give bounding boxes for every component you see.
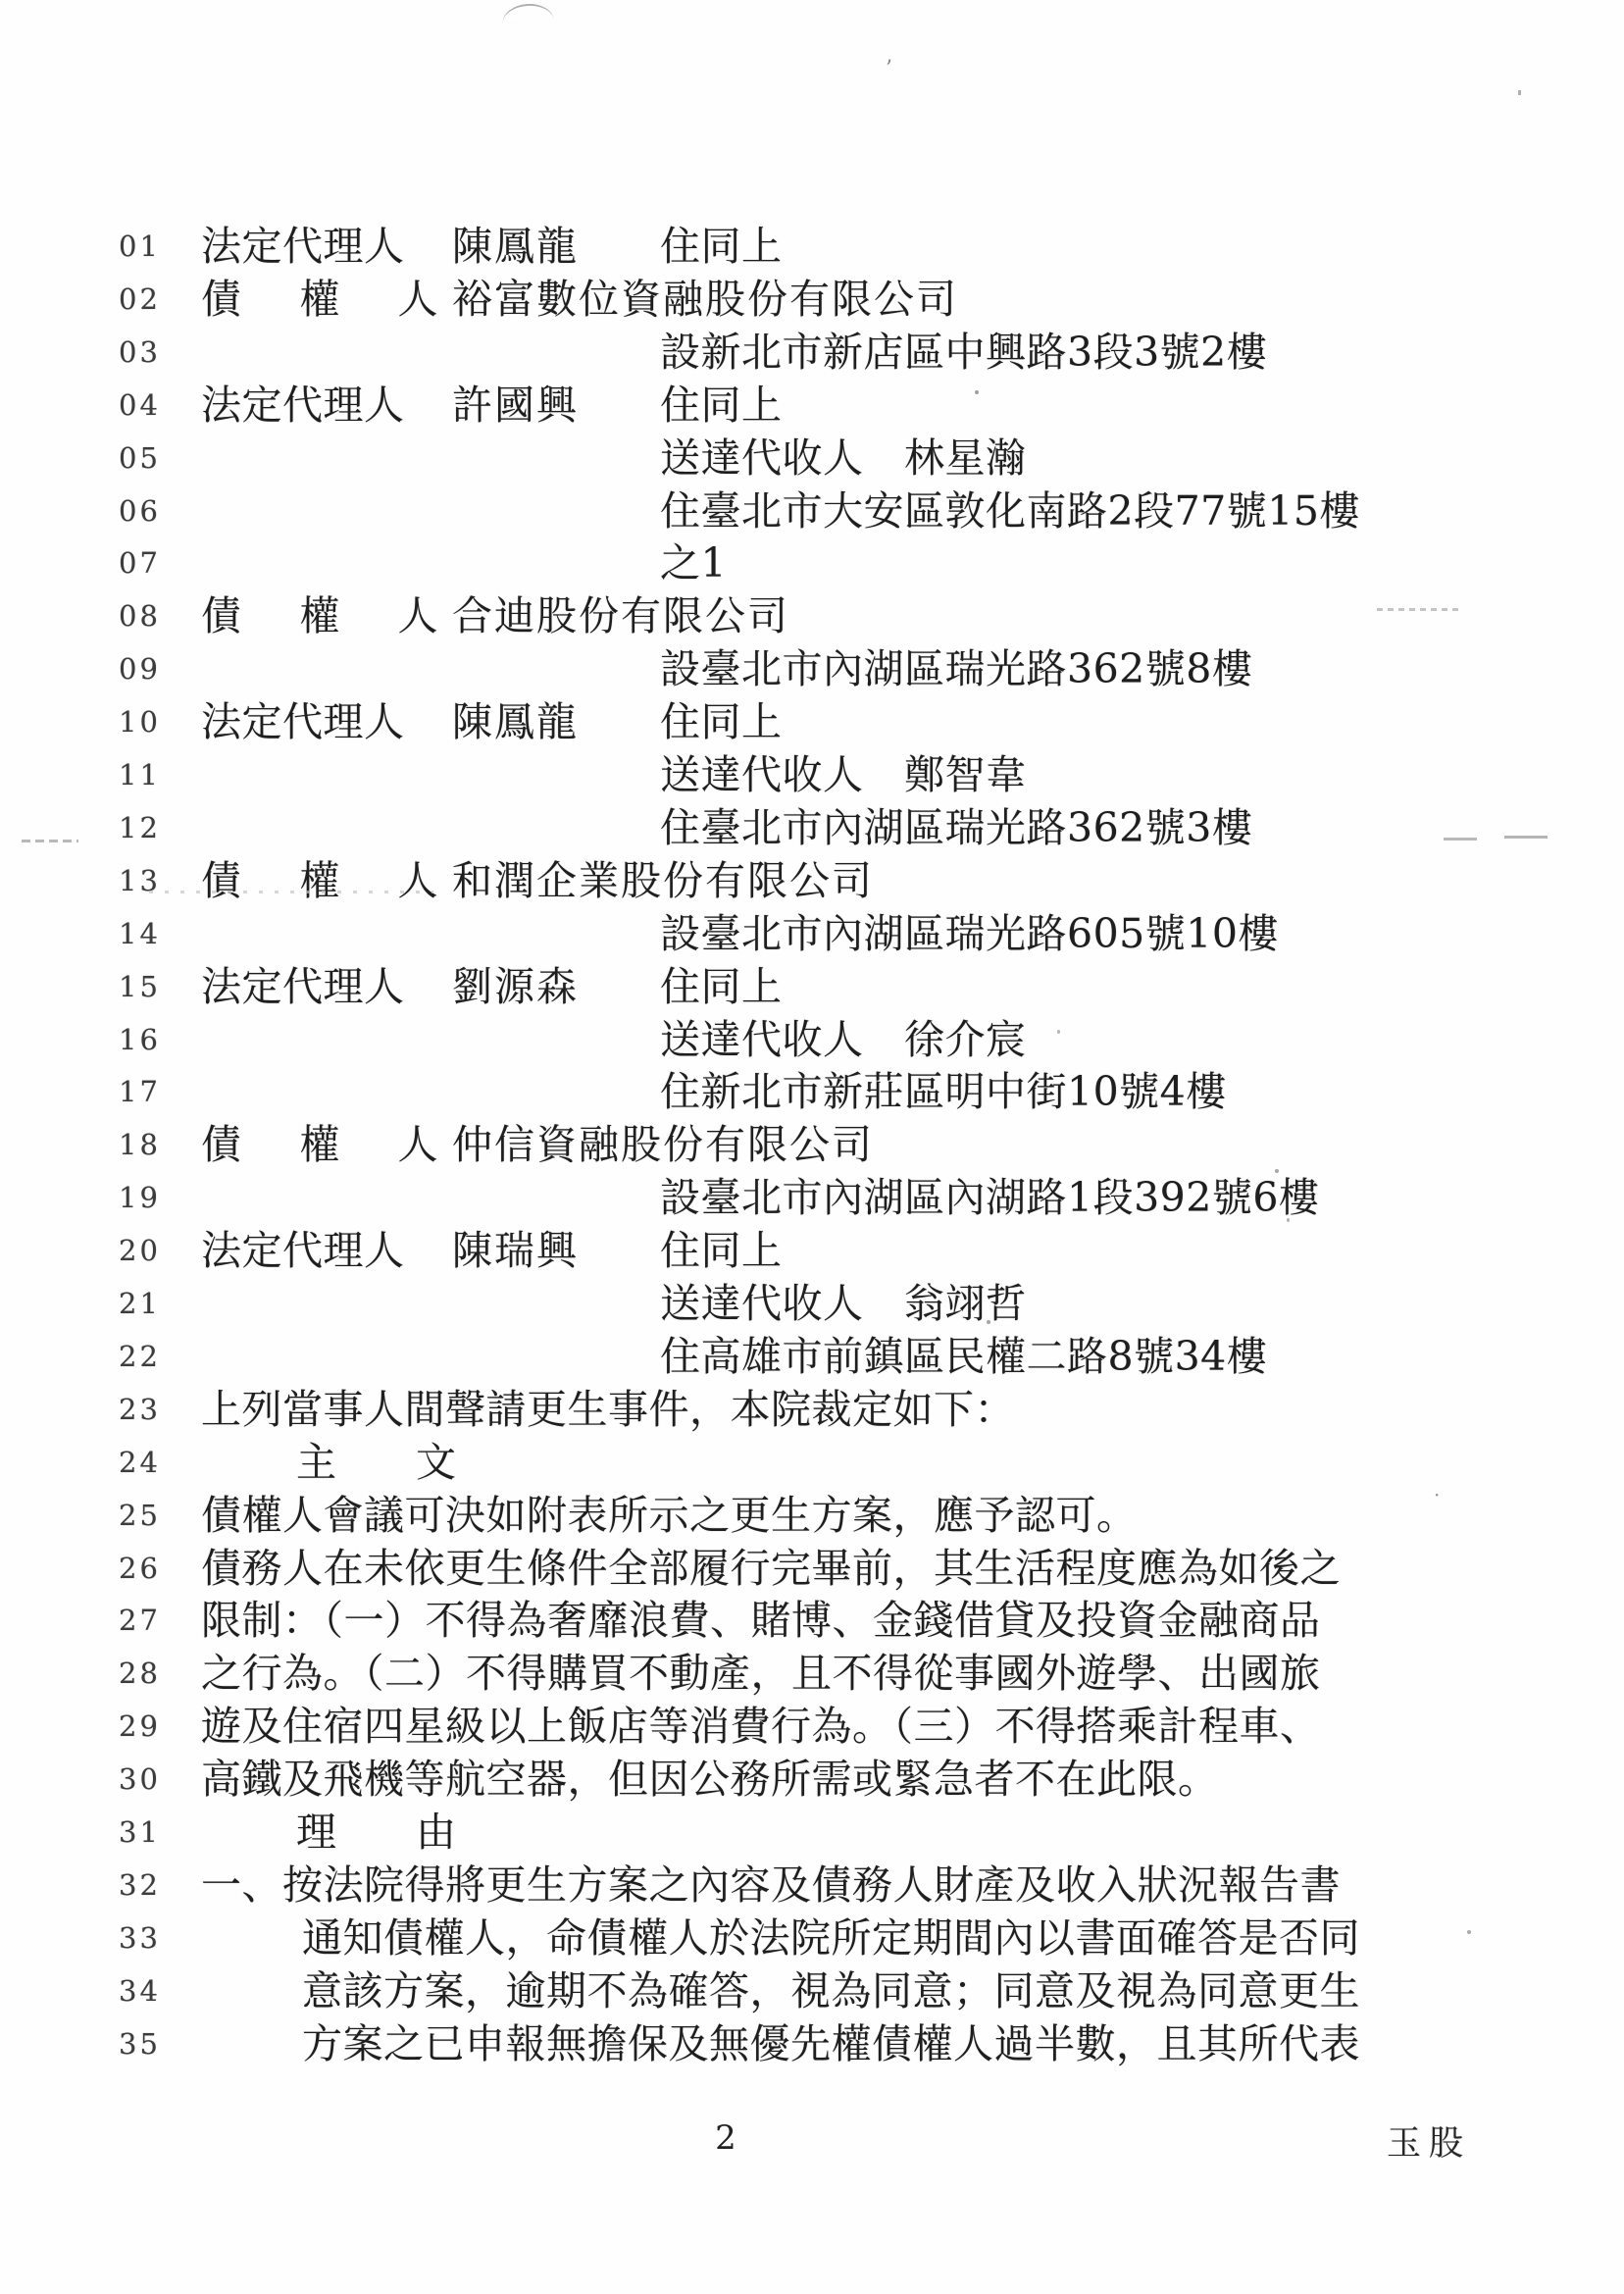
line-text: 債權人會議可決如附表所示之更生方案，應予認可。 xyxy=(201,1489,1138,1542)
line-text: 住同上 xyxy=(660,695,783,748)
document-line: 13 債權人 和潤企業股份有限公司 xyxy=(0,854,1624,907)
party-name: 劉源森 xyxy=(452,960,579,1013)
scan-artifact-curl xyxy=(501,2,553,24)
line-text: 送達代收人 林星瀚 xyxy=(660,432,1027,484)
document-line: 28 之行為。（二）不得購買不動產，且不得從事國外遊學、出國旅 xyxy=(0,1647,1624,1700)
document-line: 23 上列當事人間聲請更生事件，本院裁定如下： xyxy=(0,1383,1624,1436)
line-number: 13 xyxy=(119,854,161,907)
line-number: 29 xyxy=(119,1700,161,1753)
line-number: 25 xyxy=(119,1489,161,1542)
line-number: 17 xyxy=(119,1065,161,1118)
line-text: 一、按法院得將更生方案之內容及債務人財產及收入狀況報告書 xyxy=(201,1859,1341,1912)
line-text: 送達代收人 鄭智韋 xyxy=(660,748,1027,801)
line-text: 設新北市新店區中興路3段3號2樓 xyxy=(660,326,1267,379)
document-line: 32 一、按法院得將更生方案之內容及債務人財產及收入狀況報告書 xyxy=(0,1859,1624,1912)
document-line: 12 住臺北市內湖區瑞光路362號3樓 xyxy=(0,801,1624,854)
clerk-division-stamp: 玉股 xyxy=(1387,2116,1471,2166)
line-number: 19 xyxy=(119,1171,161,1224)
line-number: 05 xyxy=(119,432,161,484)
document-page: 01 法定代理人 陳鳳龍 住同上 02 債權人 裕富數位資融股份有限公司 03 … xyxy=(0,0,1624,2294)
line-number: 07 xyxy=(119,536,161,589)
document-line: 02 債權人 裕富數位資融股份有限公司 xyxy=(0,273,1624,326)
line-number: 31 xyxy=(119,1806,161,1859)
line-number: 23 xyxy=(119,1383,161,1436)
line-number: 33 xyxy=(119,1912,161,1964)
party-name: 陳瑞興 xyxy=(452,1224,579,1277)
line-number: 34 xyxy=(119,1964,161,2017)
line-number: 32 xyxy=(119,1859,161,1912)
line-number: 30 xyxy=(119,1753,161,1806)
line-text: 高鐵及飛機等航空器，但因公務所需或緊急者不在此限。 xyxy=(201,1753,1219,1806)
document-line: 31 理 由 xyxy=(0,1806,1624,1859)
party-role-label: 法定代理人 xyxy=(201,220,393,273)
line-number: 10 xyxy=(119,695,161,748)
line-number: 04 xyxy=(119,379,161,432)
line-text: 住高雄市前鎮區民權二路8號34樓 xyxy=(660,1330,1267,1383)
document-line: 03 設新北市新店區中興路3段3號2樓 xyxy=(0,326,1624,379)
document-line: 25 債權人會議可決如附表所示之更生方案，應予認可。 xyxy=(0,1489,1624,1542)
line-text: 送達代收人 徐介宸 xyxy=(660,1013,1027,1066)
line-number: 11 xyxy=(119,748,161,801)
document-line: 05 送達代收人 林星瀚 xyxy=(0,432,1624,484)
document-line: 08 債權人 合迪股份有限公司 xyxy=(0,589,1624,642)
line-number: 08 xyxy=(119,589,161,642)
line-text: 住同上 xyxy=(660,960,783,1013)
line-text: 設臺北市內湖區內湖路1段392號6樓 xyxy=(660,1171,1319,1224)
line-text: 住同上 xyxy=(660,379,783,432)
document-line: 35 方案之已申報無擔保及無優先權債權人過半數，且其所代表 xyxy=(0,2017,1624,2070)
document-line: 15 法定代理人 劉源森 住同上 xyxy=(0,960,1624,1013)
party-name: 合迪股份有限公司 xyxy=(452,589,789,642)
party-name: 裕富數位資融股份有限公司 xyxy=(452,273,958,326)
party-name: 陳鳳龍 xyxy=(452,695,579,748)
document-line: 34 意該方案，逾期不為確答，視為同意；同意及視為同意更生 xyxy=(0,1964,1624,2017)
page-number: 2 xyxy=(696,2118,755,2158)
line-number: 15 xyxy=(119,960,161,1013)
document-line: 20 法定代理人 陳瑞興 住同上 xyxy=(0,1224,1624,1277)
scan-artifact-dot xyxy=(1518,90,1521,95)
line-number: 16 xyxy=(119,1013,161,1066)
document-line: 11 送達代收人 鄭智韋 xyxy=(0,748,1624,801)
line-number: 26 xyxy=(119,1542,161,1595)
document-line: 29 遊及住宿四星級以上飯店等消費行為。（三）不得搭乘計程車、 xyxy=(0,1700,1624,1753)
line-number: 22 xyxy=(119,1330,161,1383)
line-text: 住新北市新莊區明中街10號4樓 xyxy=(660,1065,1227,1118)
line-text: 送達代收人 翁翊哲 xyxy=(660,1277,1027,1330)
line-number: 01 xyxy=(119,220,161,273)
line-text: 主 文 xyxy=(296,1436,476,1489)
line-text: 設臺北市內湖區瑞光路362號8樓 xyxy=(660,642,1252,695)
line-number: 02 xyxy=(119,273,161,326)
line-number: 06 xyxy=(119,484,161,537)
line-number: 09 xyxy=(119,642,161,695)
line-text: 上列當事人間聲請更生事件，本院裁定如下： xyxy=(201,1383,1015,1436)
party-name: 許國興 xyxy=(452,379,579,432)
document-line: 26 債務人在未依更生條件全部履行完畢前，其生活程度應為如後之 xyxy=(0,1542,1624,1595)
party-role-label: 債權人 xyxy=(201,854,438,907)
line-text: 住臺北市大安區敦化南路2段77號15樓 xyxy=(660,484,1360,537)
document-line: 16 送達代收人 徐介宸 xyxy=(0,1013,1624,1066)
document-line: 09 設臺北市內湖區瑞光路362號8樓 xyxy=(0,642,1624,695)
document-line: 33 通知債權人，命債權人於法院所定期間內以書面確答是否同 xyxy=(0,1912,1624,1964)
party-role-label: 債權人 xyxy=(201,1118,438,1171)
line-number: 27 xyxy=(119,1594,161,1647)
line-text: 方案之已申報無擔保及無優先權債權人過半數，且其所代表 xyxy=(302,2017,1360,2070)
document-line: 01 法定代理人 陳鳳龍 住同上 xyxy=(0,220,1624,273)
party-role-label: 債權人 xyxy=(201,589,438,642)
line-text: 之行為。（二）不得購買不動產，且不得從事國外遊學、出國旅 xyxy=(201,1647,1321,1700)
line-text: 住臺北市內湖區瑞光路362號3樓 xyxy=(660,801,1252,854)
line-text: 之1 xyxy=(660,536,727,589)
document-line: 06 住臺北市大安區敦化南路2段77號15樓 xyxy=(0,484,1624,537)
document-line: 14 設臺北市內湖區瑞光路605號10樓 xyxy=(0,907,1624,960)
line-number: 21 xyxy=(119,1277,161,1330)
line-text: 債務人在未依更生條件全部履行完畢前，其生活程度應為如後之 xyxy=(201,1542,1341,1595)
line-number: 28 xyxy=(119,1647,161,1700)
party-name: 和潤企業股份有限公司 xyxy=(452,854,874,907)
document-line: 30 高鐵及飛機等航空器，但因公務所需或緊急者不在此限。 xyxy=(0,1753,1624,1806)
document-line: 27 限制：（一）不得為奢靡浪費、賭博、金錢借貸及投資金融商品 xyxy=(0,1594,1624,1647)
line-text: 住同上 xyxy=(660,1224,783,1277)
scan-artifact-tick: ’ xyxy=(886,57,892,81)
document-line: 22 住高雄市前鎮區民權二路8號34樓 xyxy=(0,1330,1624,1383)
line-text: 住同上 xyxy=(660,220,783,273)
document-line: 04 法定代理人 許國興 住同上 xyxy=(0,379,1624,432)
party-role-label: 法定代理人 xyxy=(201,695,393,748)
document-line: 21 送達代收人 翁翊哲 xyxy=(0,1277,1624,1330)
line-number: 12 xyxy=(119,801,161,854)
line-text: 理 由 xyxy=(296,1806,476,1859)
document-line: 24 主 文 xyxy=(0,1436,1624,1489)
line-number: 03 xyxy=(119,326,161,379)
line-text: 遊及住宿四星級以上飯店等消費行為。（三）不得搭乘計程車、 xyxy=(201,1700,1321,1753)
document-line: 07 之1 xyxy=(0,536,1624,589)
line-text: 限制：（一）不得為奢靡浪費、賭博、金錢借貸及投資金融商品 xyxy=(201,1594,1321,1647)
document-line: 19 設臺北市內湖區內湖路1段392號6樓 xyxy=(0,1171,1624,1224)
party-role-label: 法定代理人 xyxy=(201,960,393,1013)
line-number: 20 xyxy=(119,1224,161,1277)
line-text: 意該方案，逾期不為確答，視為同意；同意及視為同意更生 xyxy=(302,1964,1360,2017)
party-name: 仲信資融股份有限公司 xyxy=(452,1118,874,1171)
line-number: 18 xyxy=(119,1118,161,1171)
document-line: 10 法定代理人 陳鳳龍 住同上 xyxy=(0,695,1624,748)
line-number: 24 xyxy=(119,1436,161,1489)
party-role-label: 債權人 xyxy=(201,273,438,326)
party-name: 陳鳳龍 xyxy=(452,220,579,273)
line-number: 35 xyxy=(119,2017,161,2070)
document-line: 17 住新北市新莊區明中街10號4樓 xyxy=(0,1065,1624,1118)
line-text: 設臺北市內湖區瑞光路605號10樓 xyxy=(660,907,1279,960)
party-role-label: 法定代理人 xyxy=(201,379,393,432)
line-text: 通知債權人，命債權人於法院所定期間內以書面確答是否同 xyxy=(302,1912,1360,1964)
party-role-label: 法定代理人 xyxy=(201,1224,393,1277)
document-line: 18 債權人 仲信資融股份有限公司 xyxy=(0,1118,1624,1171)
line-number: 14 xyxy=(119,907,161,960)
